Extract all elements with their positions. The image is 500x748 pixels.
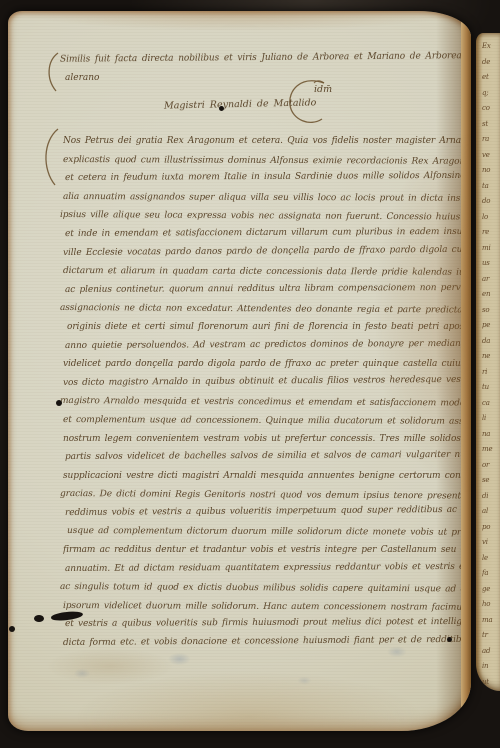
manuscript-body: Nos Petrus dei gratia Rex Aragonum et ce… (63, 132, 471, 653)
adjacent-text-fragment: q; (482, 86, 500, 102)
adjacent-text-fragment: ad (482, 644, 500, 660)
adjacent-text-fragment: us (482, 256, 500, 272)
adjacent-text-fragment: so (482, 303, 500, 319)
adjacent-text-fragment: no (482, 163, 500, 179)
manuscript-line: originis diete et certi simul florenorum… (67, 318, 471, 337)
manuscript-line: anno quietie persoluendos. Ad vestram ac… (65, 334, 471, 355)
adjacent-text-fragment: pe (482, 318, 500, 334)
adjacent-text-fragment: ge (482, 582, 500, 598)
manuscript-line: ac singulis totum id quod ex dictis duob… (60, 578, 471, 599)
adjacent-text-fragment: le (482, 551, 500, 567)
adjacent-text-fragment: ar (482, 272, 500, 288)
adjacent-text-fragment: me (482, 442, 500, 458)
entry-heading: Magistri Reynaldi de Matalido (164, 97, 317, 111)
header-note-line2: alerano (65, 73, 99, 83)
manuscript-line: et cetera in feudum iuxta morem Italie i… (65, 167, 471, 188)
adjacent-page-text: Exdeetq;costravenotadoloremiusarensopeda… (482, 39, 500, 690)
adjacent-text-fragment: lo (482, 210, 500, 226)
adjacent-text-fragment: po (482, 520, 500, 536)
manuscript-line: firmam ac redditus dentur et tradantur v… (63, 541, 471, 560)
manuscript-line: dicta forma etc. et vobis donacione et c… (63, 631, 471, 653)
adjacent-text-fragment: li (482, 411, 500, 427)
adjacent-text-fragment: en (482, 287, 500, 303)
manuscript-line: vos dicto magistro Arnaldo in quibus obt… (63, 371, 471, 393)
adjacent-text-fragment: et (482, 70, 500, 86)
adjacent-text-fragment: di (482, 489, 500, 505)
adjacent-text-fragment: Ex (482, 39, 500, 55)
adjacent-text-fragment: st (482, 117, 500, 133)
adjacent-text-fragment: ma (482, 613, 500, 629)
ink-blot (56, 400, 62, 406)
ink-dot (447, 637, 452, 642)
manuscript-line: alia annuatim assignandos super aliqua v… (63, 188, 471, 208)
adjacent-text-fragment: or (482, 458, 500, 474)
adjacent-text-fragment: se (482, 473, 500, 489)
adjacent-text-fragment: ta (482, 179, 500, 195)
manuscript-line: supplicacioni vestre dicti magistri Arna… (63, 467, 471, 486)
manuscript-line: Nos Petrus dei gratia Rex Aragonum et ce… (63, 132, 471, 151)
adjacent-text-fragment: da (482, 334, 500, 350)
adjacent-text-fragment: de (482, 55, 500, 71)
adjacent-text-fragment: mi (482, 241, 500, 257)
adjacent-text-fragment: tr (482, 628, 500, 644)
manuscript-line: assignacionis ne dicta non excedatur. At… (60, 299, 471, 320)
wormhole (219, 106, 224, 111)
manuscript-page: Similis fuit facta directa nobilibus et … (8, 11, 471, 731)
adjacent-text-fragment: in (482, 659, 500, 675)
adjacent-text-fragment: re (482, 225, 500, 241)
adjacent-page-sliver: Exdeetq;costravenotadoloremiusarensopeda… (476, 33, 500, 691)
manuscript-line: ac plenius continetur. quorum annui redd… (65, 279, 471, 300)
manuscript-photograph: Similis fuit facta directa nobilibus et … (0, 0, 500, 748)
header-note-line1: Similis fuit facta directa nobilibus et … (60, 51, 465, 65)
adjacent-text-fragment: fa (482, 566, 500, 582)
adjacent-text-fragment: ho (482, 597, 500, 613)
manuscript-line: usque ad complementum dictorum duorum mi… (67, 522, 471, 542)
ink-dot (9, 626, 15, 632)
adjacent-text-fragment: vi (482, 535, 500, 551)
ink-blot (34, 615, 44, 622)
manuscript-line: magistro Arnaldo mesquida et vestris con… (60, 392, 471, 413)
adjacent-text-fragment: co (482, 101, 500, 117)
manuscript-line: et complementum usque ad concessionem. Q… (63, 411, 471, 431)
manuscript-line: partis salvos videlicet de bachelles sal… (65, 446, 471, 467)
adjacent-text-fragment: ve (482, 148, 500, 164)
adjacent-text-fragment: do (482, 194, 500, 210)
manuscript-line: reddimus vobis et vestris a quibus volue… (65, 501, 471, 523)
adjacent-text-fragment: al (482, 504, 500, 520)
flourish-bracket-body (40, 127, 64, 187)
manuscript-line: annuatim. Et ad dictam residuam quantita… (65, 558, 471, 579)
adjacent-text-fragment: tu (482, 380, 500, 396)
adjacent-text-fragment: ri (482, 365, 500, 381)
adjacent-text-fragment: ca (482, 396, 500, 412)
adjacent-text-fragment: na (482, 427, 500, 443)
adjacent-text-fragment: ra (482, 132, 500, 148)
idem-mark: idm̄ (314, 84, 332, 95)
adjacent-text-fragment: ne (482, 349, 500, 365)
adjacent-text-fragment: ut (482, 675, 500, 691)
manuscript-line: ville Ecclesie vocatas pardo danos pardo… (63, 240, 471, 262)
